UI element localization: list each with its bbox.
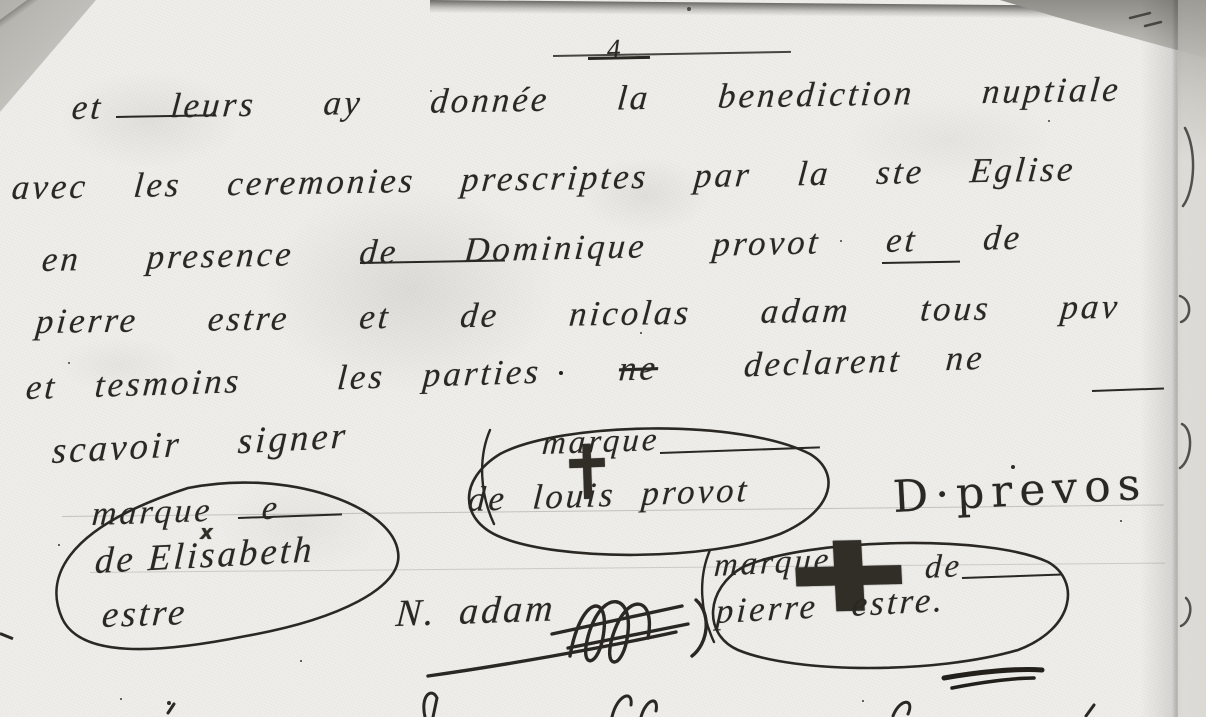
adam-paraphe-flourish	[420, 586, 720, 686]
manuscript-line-3: en presence de Dominique provot et de	[40, 218, 1024, 280]
ink-connector-provot	[882, 261, 960, 264]
page-number-strike-2	[588, 56, 650, 60]
manuscript-line-5: et tesmoinsles partiesnedeclarentne	[25, 338, 987, 408]
manuscript-line-1: et leurs ay donnée la benediction nuptia…	[70, 70, 1122, 128]
page-top-left-crease	[0, 0, 116, 44]
louis-cross-icon: ✝	[557, 434, 618, 512]
elisabeth-mark-label: marque e	[91, 489, 282, 534]
left-margin-mark	[0, 632, 14, 640]
line5-part1: et tesmoins	[25, 361, 243, 407]
page-number: 4	[606, 33, 624, 65]
elisabeth-mark-surname: estre	[100, 591, 189, 637]
line5-struck-word: ne	[618, 348, 660, 388]
line5-part4: ne	[944, 338, 986, 378]
line5-part2: les parties	[336, 352, 543, 398]
next-line-cutoff-strokes	[0, 685, 1206, 717]
ink-connector-ne	[1092, 387, 1164, 392]
manuscript-line-2: avec les ceremonies prescriptes par la s…	[10, 149, 1077, 208]
scan-speckles	[0, 0, 2, 2]
manuscript-line-6: scavoir signer	[51, 414, 350, 473]
line5-part3: declarent	[743, 340, 904, 384]
manuscript-line-4: pierre estre et de nicolas adam tous pav	[34, 287, 1122, 342]
manuscript-scan-page: 4 et leurs ay donnée la benediction nupt…	[0, 0, 1206, 717]
signature-prevost: D·prevos	[892, 459, 1149, 523]
page-top-edge	[430, 0, 1206, 20]
facing-page-ink-fragments	[1175, 0, 1206, 717]
